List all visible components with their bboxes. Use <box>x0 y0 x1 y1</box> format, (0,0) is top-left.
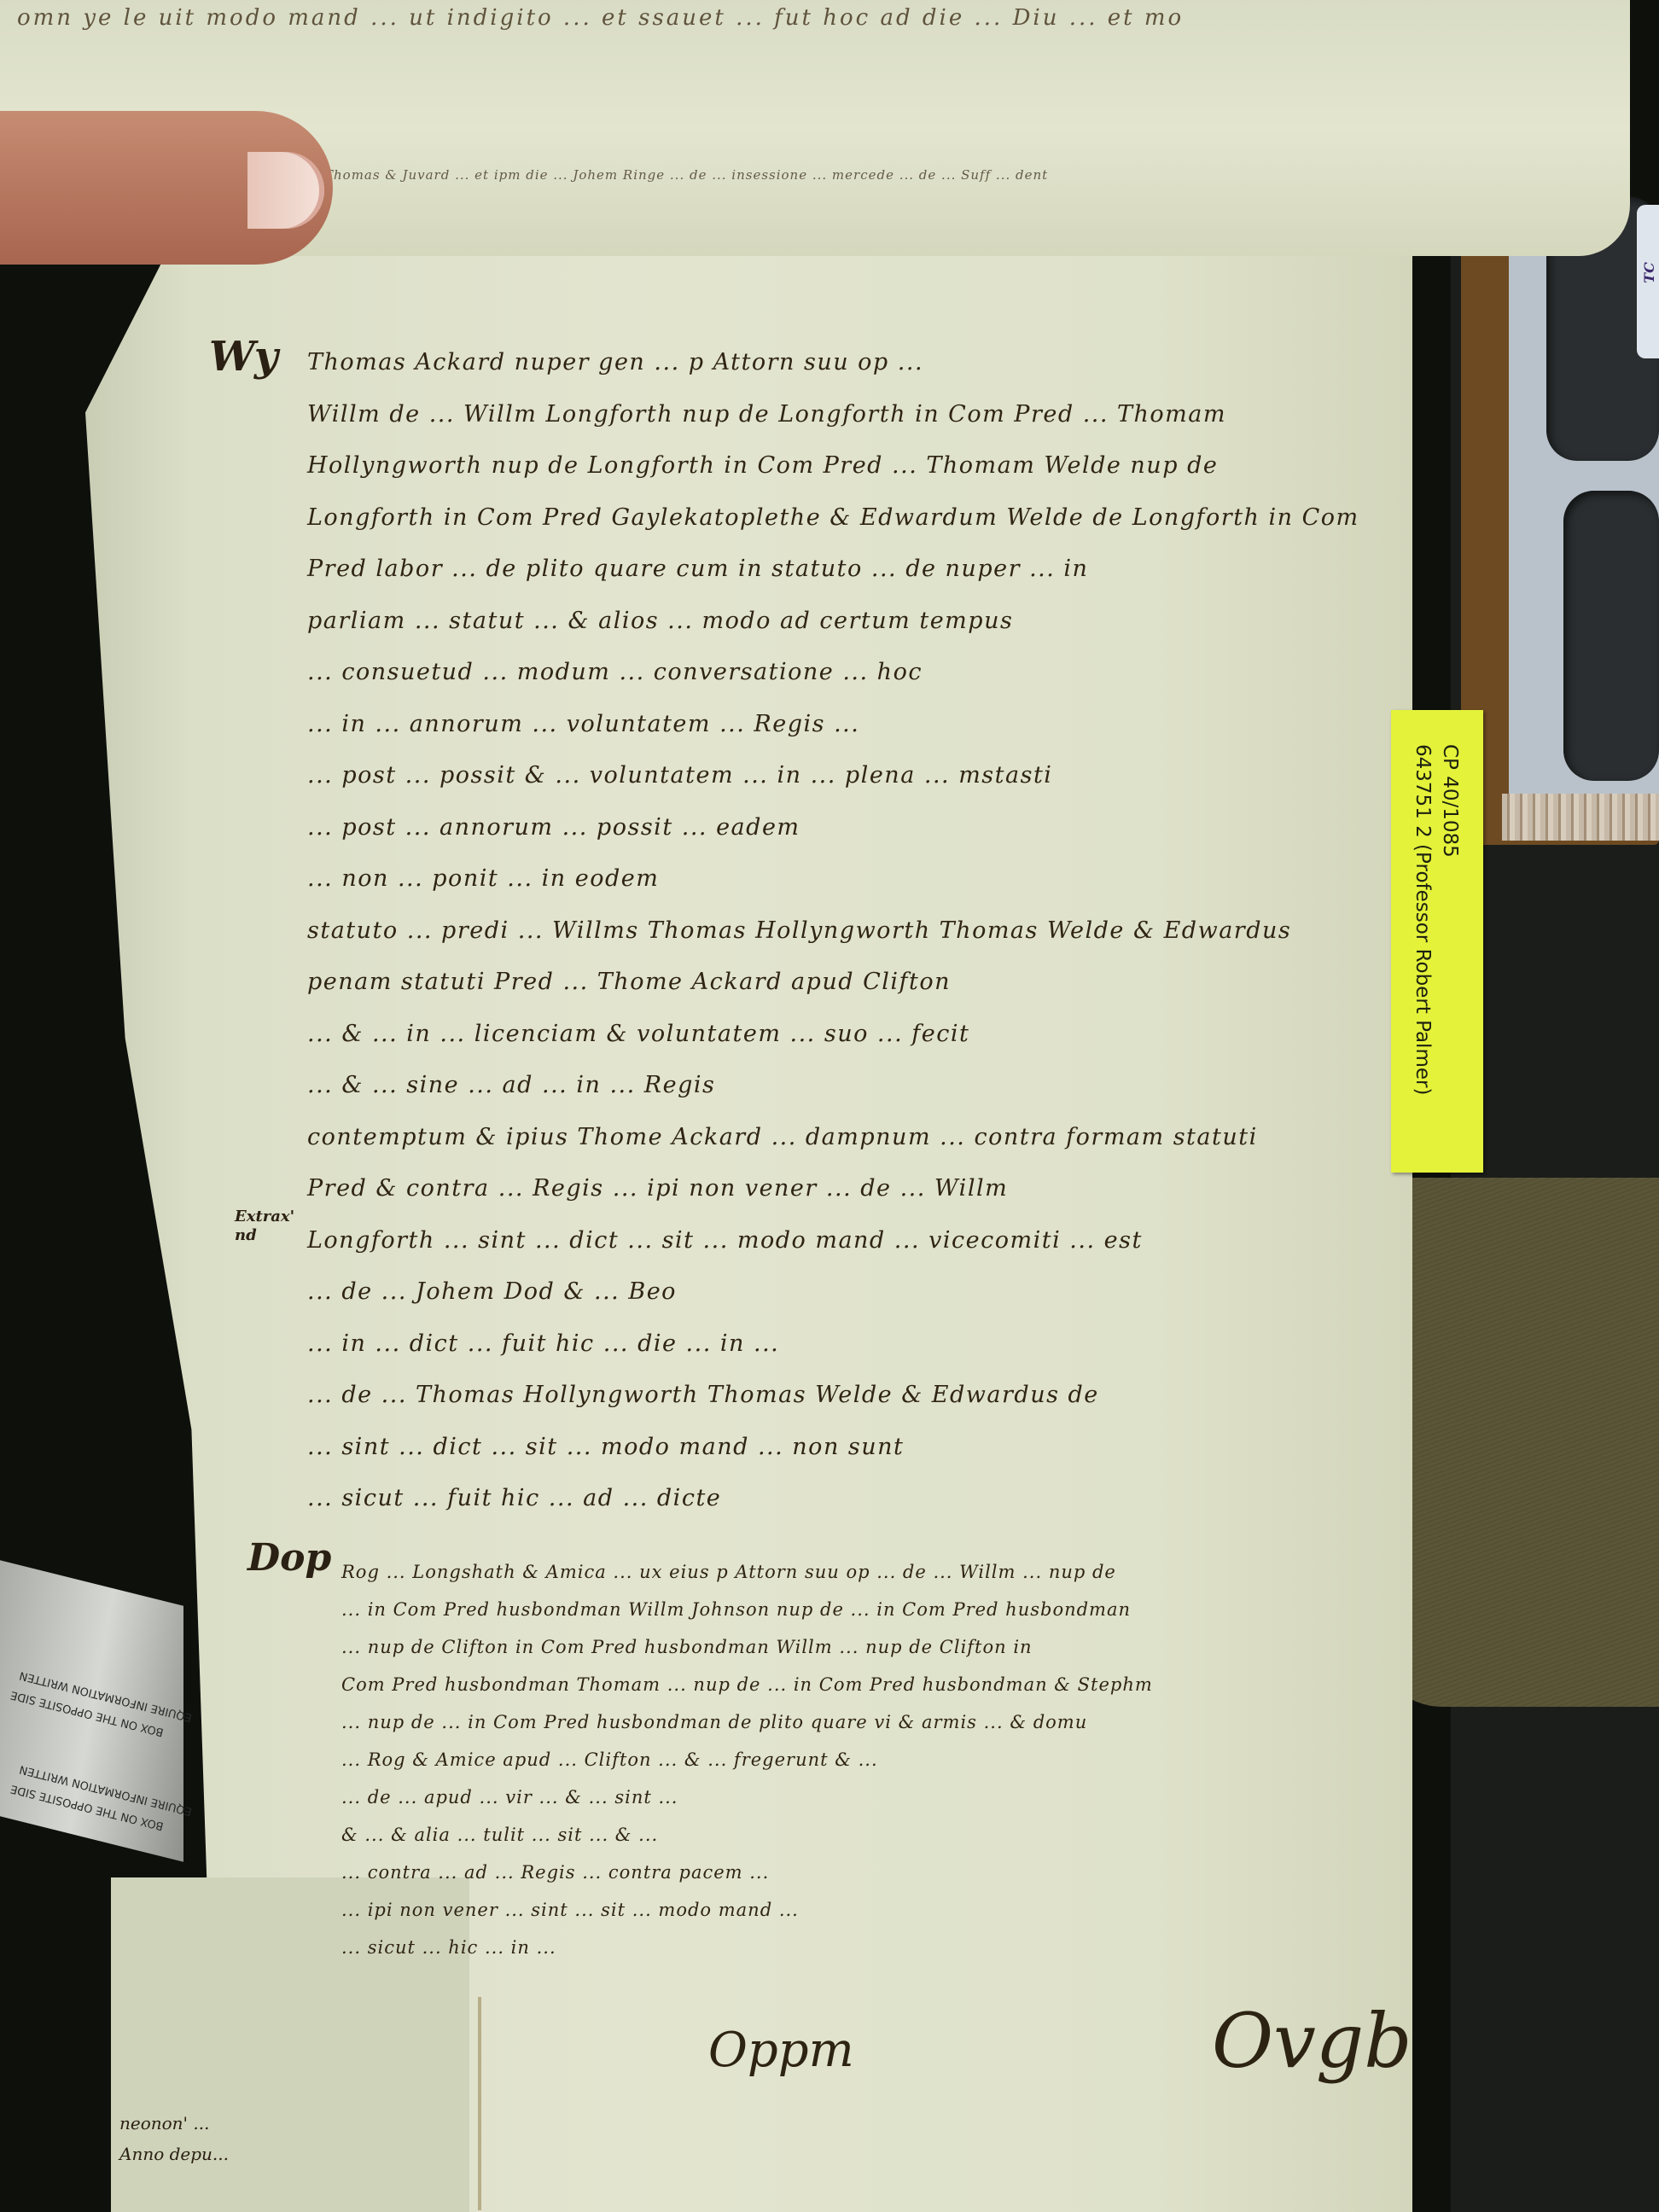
script-line: ... contra ... ad ... Regis ... contra p… <box>341 1854 1153 1891</box>
script-line: Hollyngworth nup de Longforth in Com Pre… <box>307 440 1359 492</box>
foam-block-middle <box>1563 491 1659 781</box>
wooden-box-edge <box>1502 794 1659 841</box>
fragment-line: Anno depu... <box>119 2139 229 2169</box>
script-line: ... post ... possit & ... voluntatem ...… <box>307 750 1359 802</box>
margin-note-line: Extrax' <box>235 1208 294 1226</box>
script-line: ... in ... annorum ... voluntatem ... Re… <box>307 699 1359 751</box>
upper-script-line-small: Thomas & Juvard ... et ipm die ... Johem… <box>324 166 1604 183</box>
signature-mark-right: Ovgb <box>1212 1997 1412 2085</box>
script-line: statuto ... predi ... Willms Thomas Holl… <box>307 905 1359 958</box>
cloth-strap <box>1374 1178 1659 1707</box>
script-line: ... sicut ... fuit hic ... ad ... dicte <box>307 1473 1359 1525</box>
script-line: ... ipi non vener ... sint ... sit ... m… <box>341 1891 1153 1929</box>
box-tag-text: TC <box>1641 262 1657 283</box>
script-line: penam statuti Pred ... Thome Ackard apud… <box>307 957 1359 1009</box>
script-line: ... in ... dict ... fuit hic ... die ...… <box>307 1318 1359 1371</box>
slip-reference: CP 40/1085 <box>1439 744 1461 858</box>
script-line: Willm de ... Willm Longforth nup de Long… <box>307 389 1359 441</box>
script-line: ... sint ... dict ... sit ... modo mand … <box>307 1422 1359 1474</box>
script-line: ... non ... ponit ... in eodem <box>307 853 1359 905</box>
script-line: parliam ... statut ... & alios ... modo … <box>307 596 1359 648</box>
fragment-line: neonon' ... <box>119 2108 229 2139</box>
signature-mark-center: Oppm <box>708 2023 854 2078</box>
archive-reference-slip: CP 40/1085 643751 2 (Professor Robert Pa… <box>1391 710 1483 1173</box>
upper-script-line: omn ye le uit modo mand ... ut indigito … <box>17 5 1604 31</box>
script-line: contemptum & ipius Thome Ackard ... damp… <box>307 1112 1359 1164</box>
script-line: Longforth ... sint ... dict ... sit ... … <box>307 1215 1359 1267</box>
margin-mark-entry-2: Dop <box>247 1536 331 1580</box>
script-line: Thomas Ackard nuper gen ... p Attorn suu… <box>307 337 1359 389</box>
box-tag-card: TC <box>1637 205 1659 358</box>
plea-entry-1: Thomas Ackard nuper gen ... p Attorn suu… <box>307 337 1359 1525</box>
script-line: ... post ... annorum ... possit ... eade… <box>307 802 1359 854</box>
script-line: Longforth in Com Pred Gaylekatoplethe & … <box>307 492 1359 544</box>
script-line: ... in Com Pred husbondman Willm Johnson… <box>341 1591 1153 1628</box>
script-line: ... nup de Clifton in Com Pred husbondma… <box>341 1628 1153 1666</box>
script-line: ... & ... in ... licenciam & voluntatem … <box>307 1009 1359 1061</box>
plea-entry-2: Rog ... Longshath & Amica ... ux eius p … <box>341 1553 1153 1966</box>
script-line: Pred & contra ... Regis ... ipi non vene… <box>307 1163 1359 1215</box>
script-line: ... sicut ... hic ... in ... <box>341 1929 1153 1966</box>
script-line: ... Rog & Amice apud ... Clifton ... & .… <box>341 1741 1153 1778</box>
lower-left-fragment: neonon' ... Anno depu... <box>119 2108 229 2169</box>
script-line: Com Pred husbondman Thomam ... nup de ..… <box>341 1666 1153 1703</box>
margin-note-line: nd <box>235 1226 294 1245</box>
fold-crease <box>478 1997 481 2210</box>
script-line: Rog ... Longshath & Amica ... ux eius p … <box>341 1553 1153 1591</box>
script-line: Pred labor ... de plito quare cum in sta… <box>307 544 1359 596</box>
fingernail <box>247 152 324 229</box>
script-line: ... & ... sine ... ad ... in ... Regis <box>307 1060 1359 1112</box>
script-line: ... nup de ... in Com Pred husbondman de… <box>341 1703 1153 1741</box>
script-line: ... de ... Thomas Hollyngworth Thomas We… <box>307 1370 1359 1422</box>
script-line: ... de ... Johem Dod & ... Beo <box>307 1266 1359 1318</box>
slip-image-id: 643751 2 (Professor Robert Palmer) <box>1412 744 1434 1095</box>
script-line: & ... & alia ... tulit ... sit ... & ... <box>341 1816 1153 1854</box>
script-line: ... consuetud ... modum ... conversation… <box>307 647 1359 699</box>
margin-note-entry-1: Extrax' nd <box>235 1208 294 1245</box>
script-line: ... de ... apud ... vir ... & ... sint .… <box>341 1778 1153 1816</box>
margin-mark-entry-1: Wy <box>209 333 278 381</box>
